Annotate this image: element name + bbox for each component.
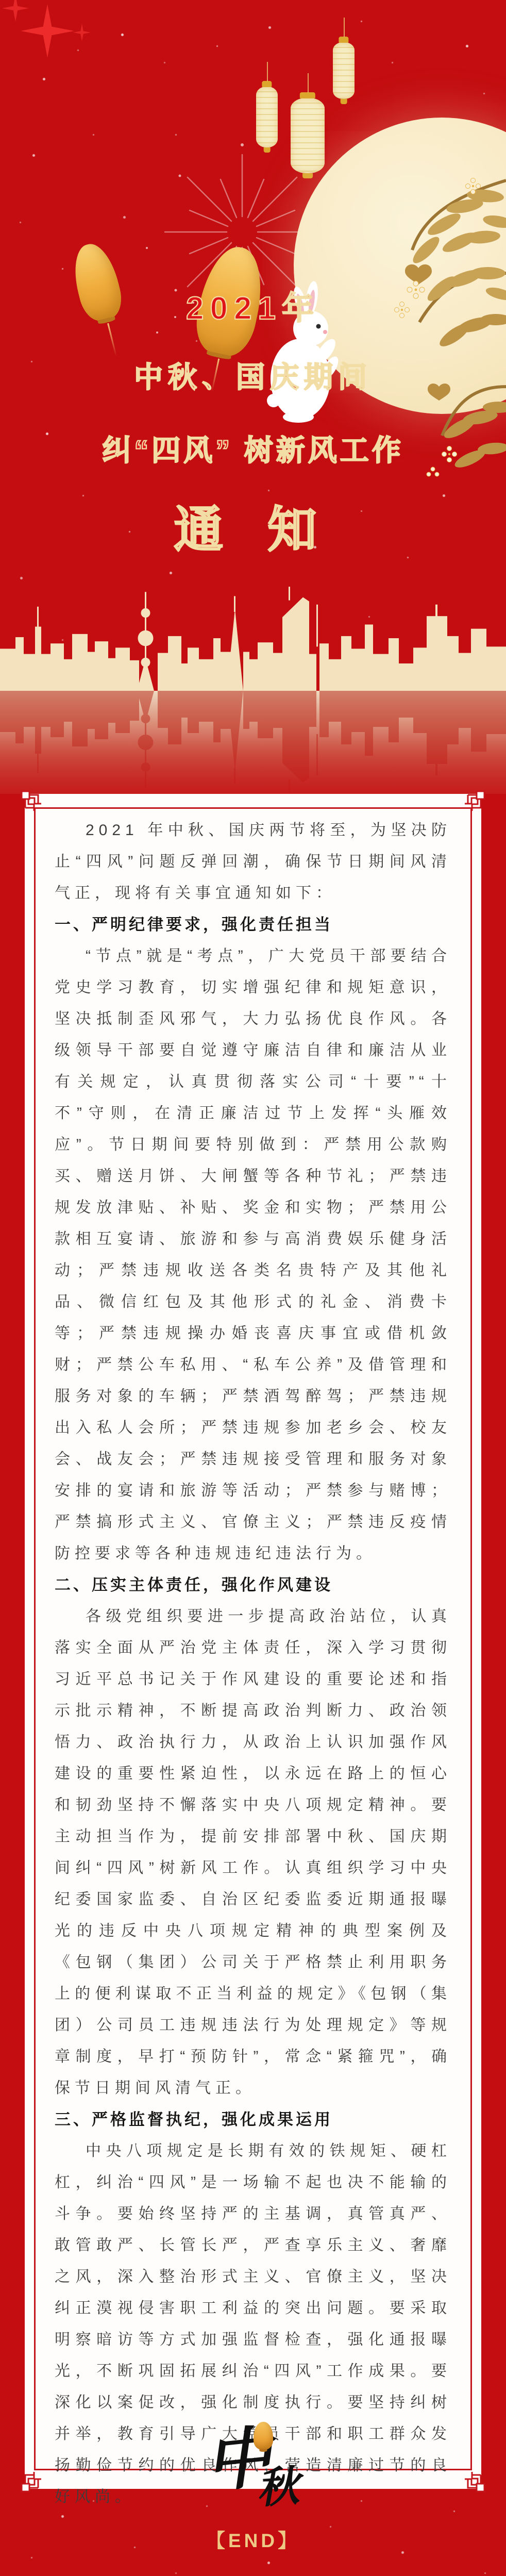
section-heading-3: 三、严格监督执纪，强化成果运用 [55, 2104, 451, 2135]
city-skyline-icon [0, 586, 506, 691]
red-star-icon [21, 4, 74, 58]
star-dots-bottom [0, 0, 2, 2]
seal-lantern-icon [254, 2422, 273, 2450]
notice-intro: 2021 年中秋、国庆两节将至，为坚决防止“四风”问题反弹回潮，确保节日期间风清… [55, 815, 451, 909]
corner-ornament-icon [462, 2469, 485, 2492]
hero-year: 2021年 [0, 282, 506, 328]
seal-char-qiu: 秋 [255, 2465, 300, 2510]
notice-body-card: 2021 年中秋、国庆两节将至，为坚决防止“四风”问题反弹回潮，确保节日期间风清… [25, 794, 481, 2489]
section-heading-2: 二、压实主体责任，强化作风建设 [55, 1569, 451, 1601]
hero-title-line2: 纠“四风” 树新风工作 [0, 428, 506, 469]
notice-content: 2021 年中秋、国庆两节将至，为坚决防止“四风”问题反弹回潮，确保节日期间风清… [55, 815, 451, 2513]
hero-title-notice: 通 知 [0, 491, 506, 561]
hanging-lantern-icon [333, 42, 355, 99]
hero-title-line1: 中秋、国庆期间 [0, 355, 506, 396]
festival-notice-poster: 2021年 中秋、国庆期间 纠“四风” 树新风工作 通 知 [0, 0, 506, 2576]
section-body-2: 各级党组织要进一步提高政治站位，认真落实全面从严治党主体责任，深入学习贯彻习近平… [55, 1601, 451, 2104]
corner-ornament-icon [21, 790, 44, 814]
red-star-icon [2, 0, 29, 22]
section-body-1: “节点”就是“考点”，广大党员干部要结合党史学习教育，切实增强纪律和规矩意识，坚… [55, 940, 451, 1569]
red-star-icon [73, 24, 91, 41]
section-heading-1: 一、严明纪律要求，强化责任担当 [55, 909, 451, 940]
skyline-reflection [0, 691, 506, 794]
corner-ornament-icon [462, 790, 485, 814]
corner-ornament-icon [21, 2469, 44, 2492]
mid-autumn-seal: 中 秋 [205, 2419, 324, 2532]
